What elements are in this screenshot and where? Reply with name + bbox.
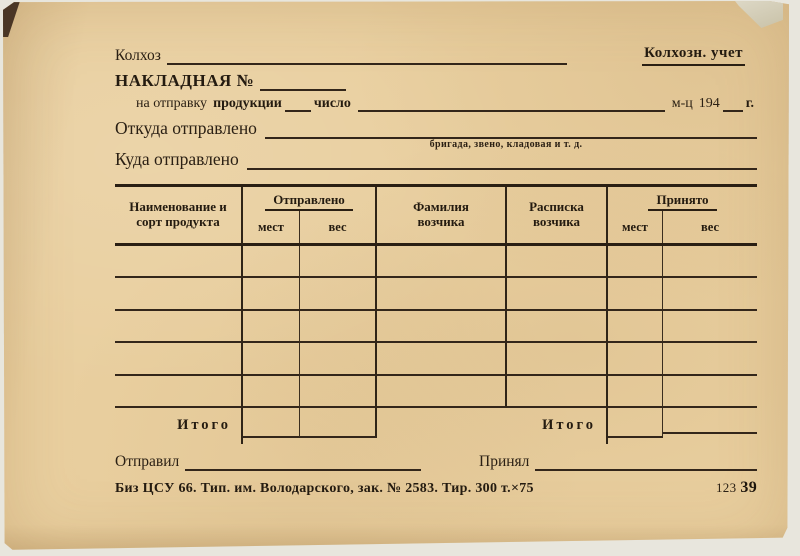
table-cell: [663, 311, 757, 343]
table-cell: [243, 278, 300, 310]
doc-number: 123: [716, 480, 736, 496]
table-cell: [243, 311, 300, 343]
month-label: м-ц: [672, 96, 693, 112]
header-received-places: мест: [608, 211, 663, 243]
header-product: Наименование и сорт продукта: [115, 187, 243, 246]
table-cell: [608, 246, 663, 278]
table-cell: [377, 311, 507, 343]
dark-corner-shadow: [3, 1, 20, 37]
table-cell: [115, 278, 243, 310]
table-cell: [300, 246, 377, 278]
table-cell: [507, 343, 608, 375]
receiver-blank-line: [535, 454, 757, 471]
title-row: НАКЛАДНАЯ №: [115, 71, 346, 91]
table-cell: [115, 246, 243, 278]
sender-label: Отправил: [115, 453, 179, 471]
receiver-group: Принял: [479, 453, 757, 471]
header-carrier-receipt: Расписка возчика: [507, 187, 608, 246]
table-cell: [115, 311, 243, 343]
table-cell: [663, 376, 757, 408]
header-sent-weight: вес: [300, 211, 375, 243]
total-cell-sent-weight: [300, 408, 377, 438]
table-cell: [377, 278, 507, 310]
scanned-document: Колхозн. учет Колхоз НАКЛАДНАЯ № на отпр…: [0, 0, 800, 556]
header-carrier-name: Фамилия возчика: [377, 187, 507, 246]
date-blank-line: [358, 96, 665, 112]
number-blank-line: [260, 73, 346, 91]
from-blank-line: [265, 117, 757, 139]
table-cell: [243, 246, 300, 278]
total-spacer: [377, 408, 507, 444]
sender-group: Отправил: [115, 453, 421, 471]
year-blank-line: [723, 96, 743, 112]
ship-prefix: на отправку: [136, 96, 207, 112]
to-blank-line: [247, 150, 757, 170]
table-cell: [663, 246, 757, 278]
table-cell: [300, 376, 377, 408]
shipment-row: на отправку продукции число м-ц 194 г.: [133, 96, 757, 112]
table-cell: [507, 311, 608, 343]
table-cell: [377, 376, 507, 408]
sent-group-label: Отправлено: [265, 192, 353, 211]
total-label-received: Итого: [507, 408, 608, 444]
to-row: Куда отправлено: [115, 149, 757, 170]
header-received-weight: вес: [663, 211, 757, 243]
imprint-row: Биз ЦСУ 66. Тип. им. Володарского, зак. …: [115, 479, 757, 497]
table-cell: [300, 343, 377, 375]
kolkhoz-row: Колхоз: [115, 47, 567, 65]
from-line-wrap: бригада, звено, кладовая и т. д.: [265, 117, 757, 139]
table-cell: [300, 311, 377, 343]
table-cell: [507, 246, 608, 278]
receiver-label: Принял: [479, 453, 529, 471]
blank-line: [285, 96, 311, 112]
from-label: Откуда отправлено: [115, 118, 257, 139]
sender-blank-line: [185, 454, 421, 471]
total-cell-received-weight: [663, 408, 757, 434]
tape-corner: [735, 1, 783, 28]
table-cell: [377, 246, 507, 278]
imprint-text: Биз ЦСУ 66. Тип. им. Володарского, зак. …: [115, 481, 716, 497]
table-cell: [663, 343, 757, 375]
kolkhoz-label: Колхоз: [115, 47, 161, 65]
table-cell: [115, 376, 243, 408]
header-group-received: Принято мест вес: [608, 187, 757, 246]
year-suffix: г.: [746, 96, 754, 112]
doc-number-suffix: 39: [740, 479, 757, 497]
year-prefix: 194: [699, 96, 720, 112]
total-cell-sent-places: [243, 408, 300, 438]
table-cell: [243, 343, 300, 375]
table-cell: [608, 376, 663, 408]
paper-sheet: Колхозн. учет Колхоз НАКЛАДНАЯ № на отпр…: [3, 1, 789, 552]
table-cell: [608, 311, 663, 343]
signatures-row: Отправил Принял: [115, 453, 757, 471]
table-cell: [243, 376, 300, 408]
header-sent-places: мест: [243, 211, 300, 243]
corner-note: Колхозн. учет: [642, 45, 745, 66]
table-cell: [507, 376, 608, 408]
table-cell: [507, 278, 608, 310]
form-title: НАКЛАДНАЯ №: [115, 71, 254, 91]
header-group-sent: Отправлено мест вес: [243, 187, 377, 246]
ship-product: продукции: [213, 96, 282, 112]
to-label: Куда отправлено: [115, 149, 239, 170]
day-label: число: [314, 96, 351, 112]
kolkhoz-blank-line: [167, 47, 567, 65]
table-cell: [115, 343, 243, 375]
table-cell: [608, 343, 663, 375]
table-cell: [608, 278, 663, 310]
total-cell-received-places: [608, 408, 663, 438]
received-group-label: Принято: [648, 192, 716, 211]
from-row: Откуда отправлено бригада, звено, кладов…: [115, 117, 757, 139]
table-cell: [377, 343, 507, 375]
table-cell: [663, 278, 757, 310]
goods-table: Наименование и сорт продукта Отправлено …: [115, 184, 757, 445]
table-cell: [300, 278, 377, 310]
total-label-sent: Итого: [115, 408, 243, 444]
